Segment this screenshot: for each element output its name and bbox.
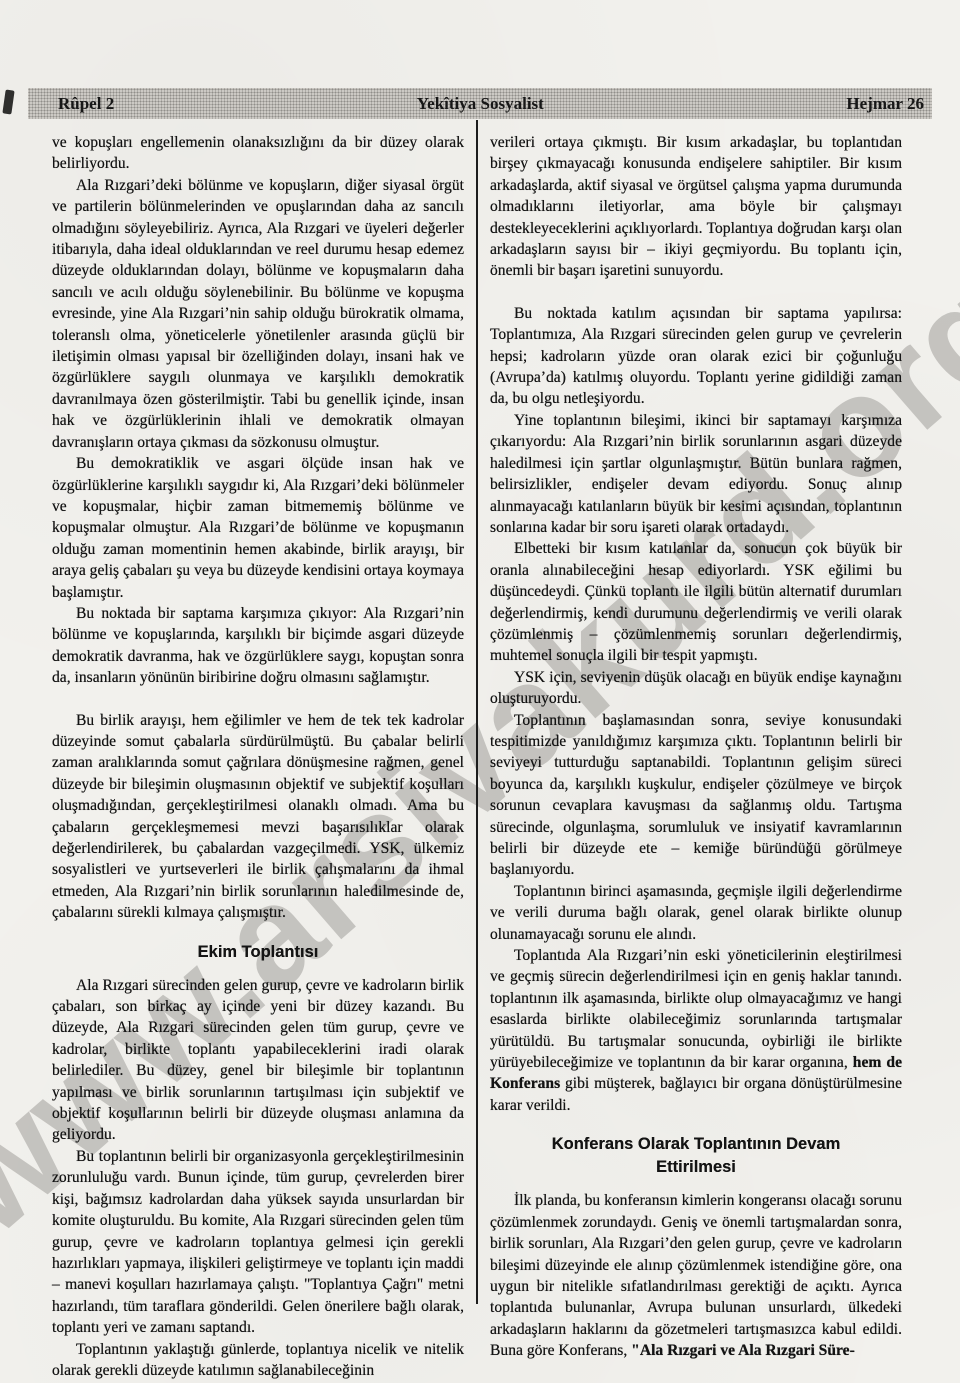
paragraph: Bu toplantının belirli bir organizasyonl… [52,1146,464,1339]
paragraph: Ala Rızgari’deki bölünme ve kopuşların, … [52,175,464,453]
paragraph: Ala Rızgari sürecinden gelen gurup, çevr… [52,975,464,1146]
page-header: Rûpel 2 Yekîtiya Sosyalist Hejmar 26 [28,88,932,119]
left-column: ve kopuşları engellemenin olanaksızlığın… [52,132,464,1381]
paragraph: Yine toplantının bileşimi, ikinci bir sa… [490,410,902,538]
paragraph: Toplantıda Ala Rızgari’nin eski yönetici… [490,945,902,1116]
paragraph: ve kopuşları engellemenin olanaksızlığın… [52,132,464,175]
scan-artifact [2,89,14,114]
paragraph: verileri ortaya çıkmıştı. Bir kısım arka… [490,132,902,282]
paragraph: Toplantının yaklaştığı günlerde, toplant… [52,1339,464,1382]
issue-number-label: Hejmar 26 [846,94,924,114]
paragraph: Toplantının birinci aşamasında, geçmişle… [490,881,902,945]
right-column: verileri ortaya çıkmıştı. Bir kısım arka… [490,132,902,1362]
paragraph-segment: Toplantıda Ala Rızgari’nin eski yönetici… [490,947,902,1071]
paragraph: Bu demokratiklik ve asgari ölçüde insan … [52,453,464,603]
paragraph: Bu noktada bir saptama karşımıza çıkıyor… [52,603,464,689]
paragraph: Bu noktada katılım açısından bir saptama… [490,303,902,410]
paragraph: Toplantının başlamasından sonra, seviye … [490,710,902,881]
paragraph: Bu birlik arayışı, hem eğilimler ve hem … [52,710,464,924]
paragraph: İlk planda, bu konferansın kimlerin kong… [490,1190,902,1361]
page-number-label: Rûpel 2 [58,94,114,114]
paragraph: YSK için, seviyenin düşük olacağı en büy… [490,667,902,710]
section-heading-konferans: Konferans Olarak Toplantının Devam Ettir… [520,1133,872,1179]
bold-segment: "Ala Rızgari ve Ala Rızgari Süre- [631,1342,855,1359]
section-heading-ekim-toplantisi: Ekim Toplantısı [82,941,434,964]
column-divider [476,120,478,1304]
paragraph-segment: İlk planda, bu konferansın kimlerin kong… [490,1192,902,1359]
publication-title: Yekîtiya Sosyalist [114,94,846,114]
scanned-magazine-page: Rûpel 2 Yekîtiya Sosyalist Hejmar 26 www… [0,0,960,1383]
paragraph: Elbetteki bir kısım katılanlar da, sonuc… [490,538,902,666]
